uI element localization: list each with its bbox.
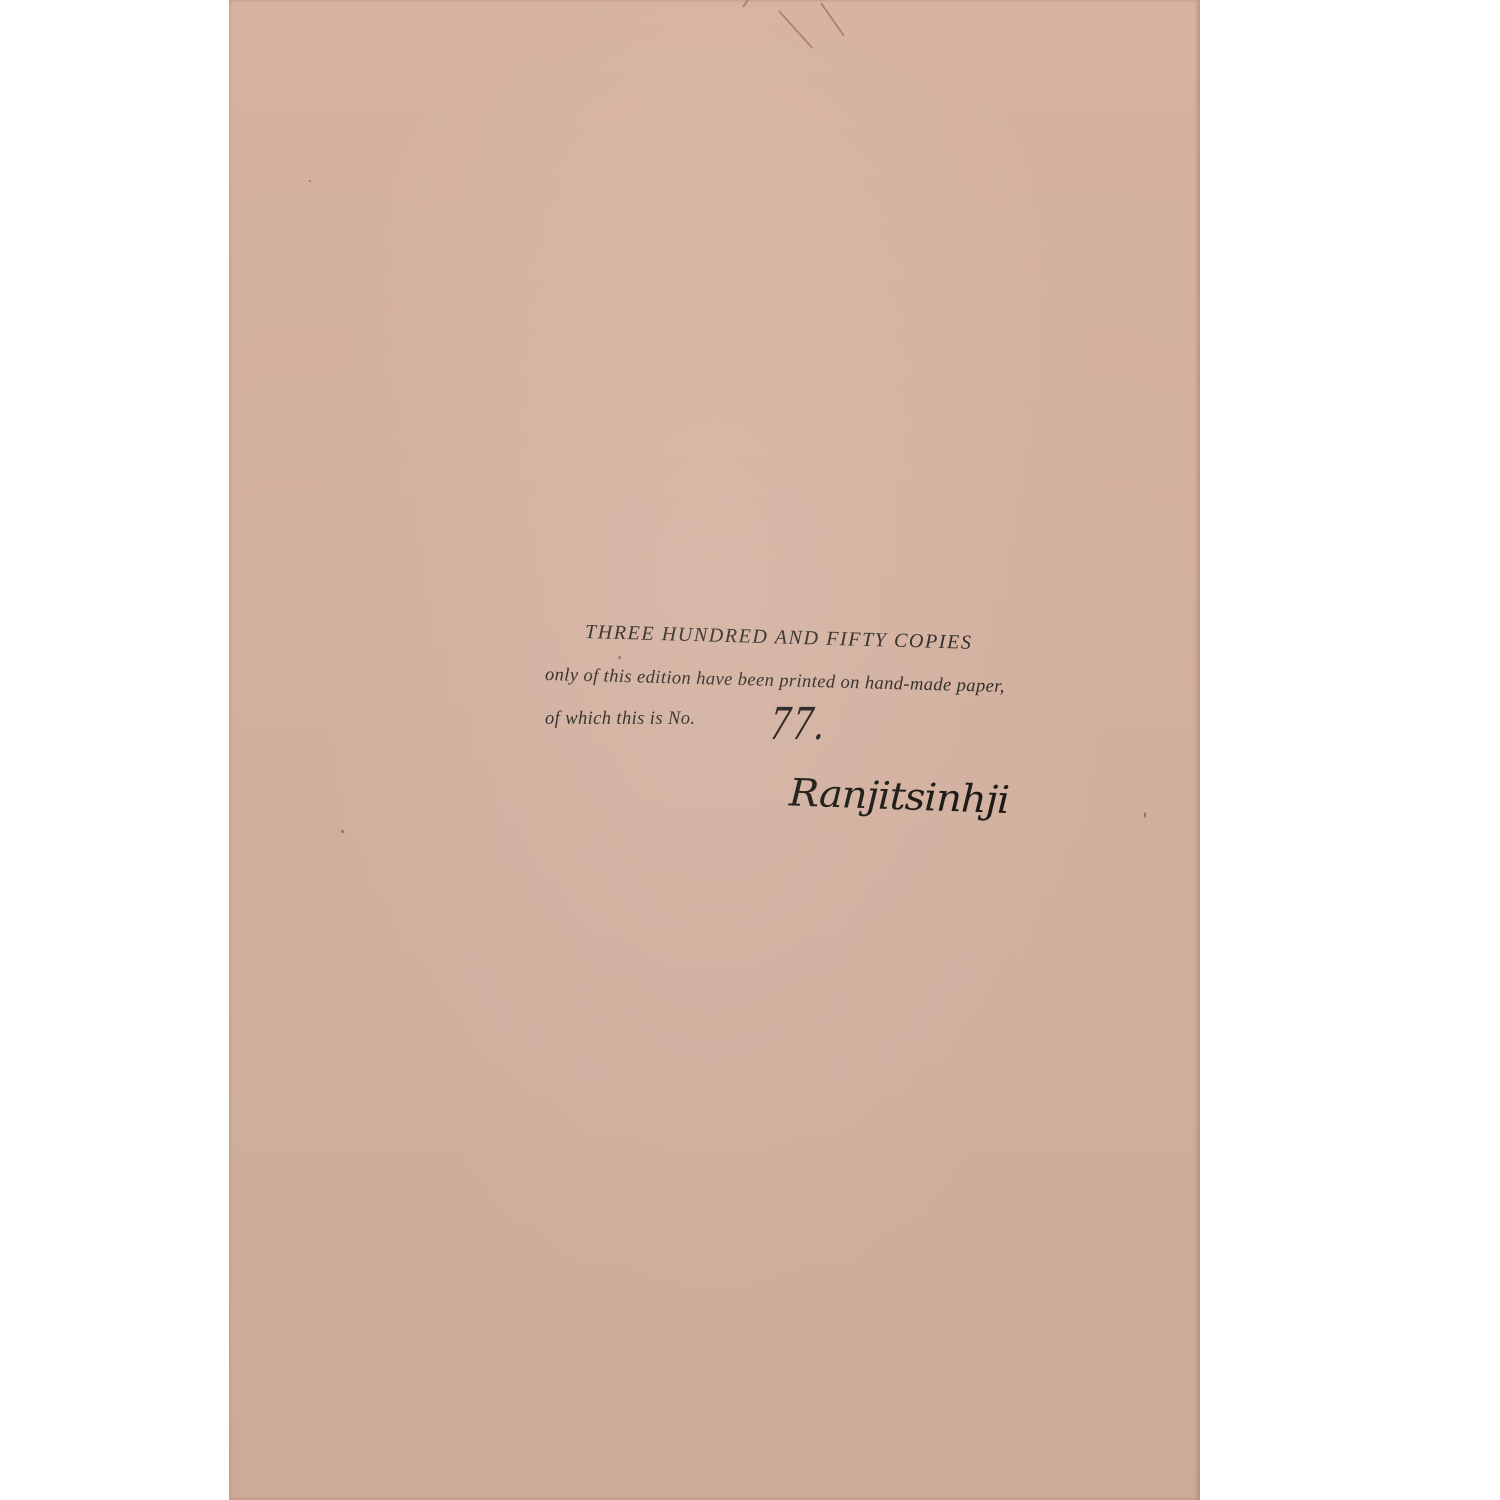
handwritten-copy-number: 77. — [766, 699, 830, 750]
author-signature: Ranjitsinhji — [788, 771, 1009, 822]
paper-speck — [309, 180, 311, 182]
limitation-headline: THREE HUNDRED AND FIFTY COPIES — [585, 621, 973, 655]
paper-speck — [1144, 812, 1146, 818]
limitation-line-2: only of this edition have been printed o… — [545, 665, 1005, 698]
book-page: THREE HUNDRED AND FIFTY COPIES only of t… — [229, 0, 1200, 1500]
limitation-line-3: of which this is No. 77. — [545, 709, 695, 730]
paper-speck — [618, 656, 621, 659]
limitation-line-3-text: of which this is No. — [545, 709, 695, 729]
page-crease-mark — [729, 0, 849, 60]
paper-speck — [341, 830, 344, 833]
